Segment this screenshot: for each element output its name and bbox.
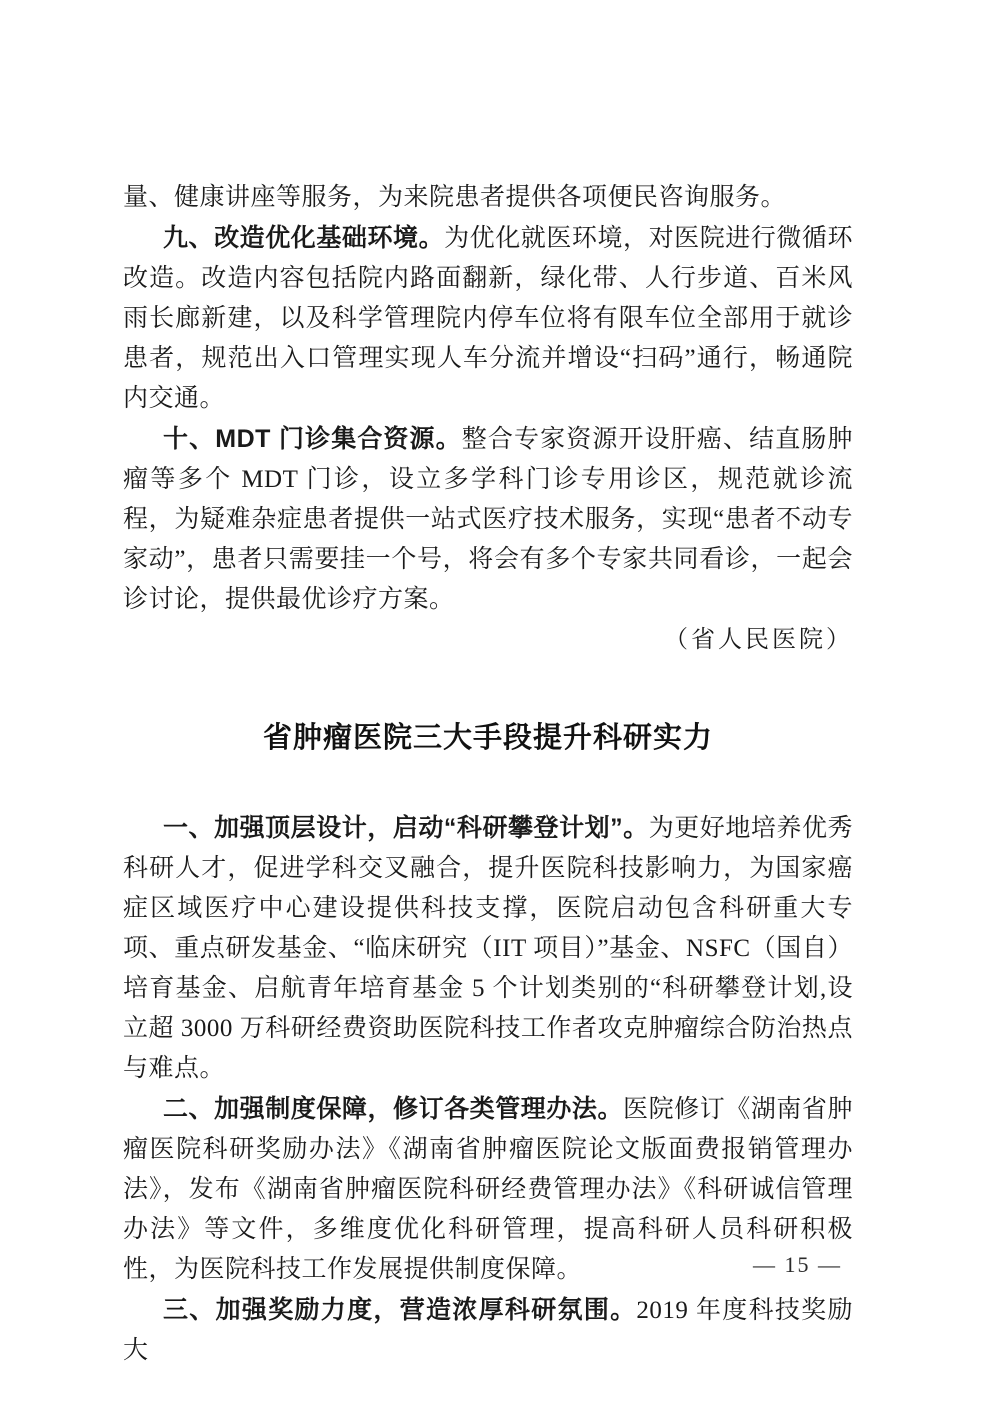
attribution-line: （省人民医院）: [123, 620, 853, 660]
document-page: 量、健康讲座等服务，为来院患者提供各项便民咨询服务。 九、改造优化基础环境。为优…: [0, 0, 992, 1403]
paragraph-item-three: 三、加强奖励力度，营造浓厚科研氛围。2019 年度科技奖励大: [123, 1290, 853, 1371]
paragraph-item-one-heading: 一、加强顶层设计，启动“科研攀登计划”。: [163, 814, 649, 842]
paragraph-item-nine-heading: 九、改造优化基础环境。: [163, 224, 444, 252]
paragraph-item-two: 二、加强制度保障，修订各类管理办法。医院修订《湖南省肿瘤医院科研奖励办法》《湖南…: [123, 1089, 853, 1290]
paragraph-item-nine: 九、改造优化基础环境。为优化就医环境，对医院进行微循环改造。改造内容包括院内路面…: [123, 218, 853, 419]
paragraph-item-one: 一、加强顶层设计，启动“科研攀登计划”。为更好地培养优秀科研人才，促进学科交叉融…: [123, 808, 853, 1089]
paragraph-item-ten: 十、MDT 门诊集合资源。整合专家资源开设肝癌、结直肠肿瘤等多个 MDT 门诊，…: [123, 419, 853, 620]
page-number: — 15 —: [753, 1252, 842, 1278]
document-body: 量、健康讲座等服务，为来院患者提供各项便民咨询服务。 九、改造优化基础环境。为优…: [123, 178, 853, 1371]
paragraph-item-one-text: 为更好地培养优秀科研人才，促进学科交叉融合，提升医院科技影响力，为国家癌症区域医…: [123, 815, 853, 1082]
paragraph-item-ten-heading: 十、MDT 门诊集合资源。: [163, 425, 462, 453]
paragraph-item-two-heading: 二、加强制度保障，修订各类管理办法。: [163, 1095, 623, 1123]
paragraph-item-ten-text: 整合专家资源开设肝癌、结直肠肿瘤等多个 MDT 门诊，设立多学科门诊专用诊区，规…: [123, 426, 853, 613]
paragraph-item-two-text: 医院修订《湖南省肿瘤医院科研奖励办法》《湖南省肿瘤医院论文版面费报销管理办法》，…: [123, 1096, 853, 1283]
paragraph-item-nine-text: 为优化就医环境，对医院进行微循环改造。改造内容包括院内路面翻新，绿化带、人行步道…: [123, 225, 853, 412]
paragraph-continuation: 量、健康讲座等服务，为来院患者提供各项便民咨询服务。: [123, 178, 853, 218]
paragraph-item-three-heading: 三、加强奖励力度，营造浓厚科研氛围。: [163, 1296, 636, 1324]
article-title: 省肿瘤医院三大手段提升科研实力: [123, 716, 853, 760]
